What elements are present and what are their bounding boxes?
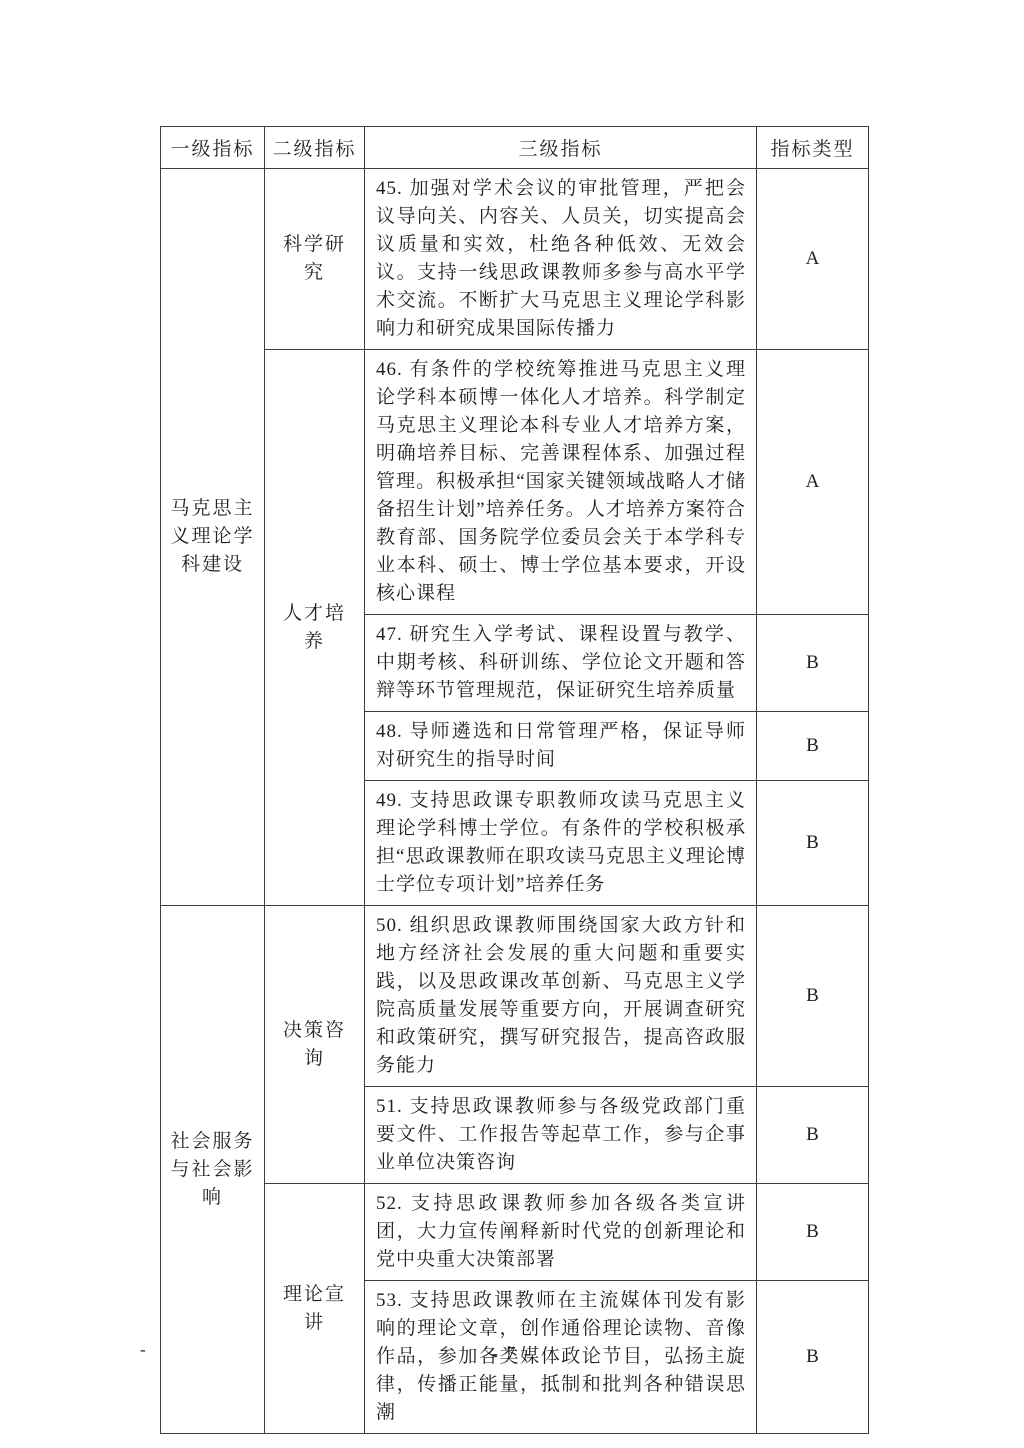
level1-cell-marxism-discipline: 马克思主义理论学科建设 (161, 169, 265, 906)
document-page: 一级指标 二级指标 三级指标 指标类型 马克思主义理论学科建设 科学研究 45.… (0, 0, 1024, 1448)
level3-cell-52: 52. 支持思政课教师参加各级各类宣讲团，大力宣传阐释新时代党的创新理论和党中央… (365, 1184, 757, 1281)
level2-cell-talent-cultivation: 人才培养 (265, 350, 365, 906)
type-cell-49: B (757, 781, 869, 906)
level2-cell-policy-consulting: 决策咨询 (265, 906, 365, 1184)
header-level3: 三级指标 (365, 127, 757, 169)
table-row: 理论宣讲 52. 支持思政课教师参加各级各类宣讲团，大力宣传阐释新时代党的创新理… (161, 1184, 869, 1281)
type-cell-47: B (757, 615, 869, 712)
type-cell-48: B (757, 712, 869, 781)
header-level2: 二级指标 (265, 127, 365, 169)
type-cell-50: B (757, 906, 869, 1087)
level3-cell-51: 51. 支持思政课教师参与各级党政部门重要文件、工作报告等起草工作，参与企事业单… (365, 1087, 757, 1184)
level3-cell-47: 47. 研究生入学考试、课程设置与教学、中期考核、科研训练、学位论文开题和答辩等… (365, 615, 757, 712)
type-cell-45: A (757, 169, 869, 350)
type-cell-51: B (757, 1087, 869, 1184)
type-cell-46: A (757, 350, 869, 615)
table-header-row: 一级指标 二级指标 三级指标 指标类型 (161, 127, 869, 169)
type-cell-52: B (757, 1184, 869, 1281)
level3-cell-48: 48. 导师遴选和日常管理严格，保证导师对研究生的指导时间 (365, 712, 757, 781)
level2-cell-theory-lecturing: 理论宣讲 (265, 1184, 365, 1434)
table-row: 马克思主义理论学科建设 科学研究 45. 加强对学术会议的审批管理，严把会议导向… (161, 169, 869, 350)
header-level1: 一级指标 (161, 127, 265, 169)
indicator-table: 一级指标 二级指标 三级指标 指标类型 马克思主义理论学科建设 科学研究 45.… (160, 126, 869, 1434)
table-row: 人才培养 46. 有条件的学校统筹推进马克思主义理论学科本硕博一体化人才培养。科… (161, 350, 869, 615)
level3-cell-50: 50. 组织思政课教师围绕国家大政方针和地方经济社会发展的重大问题和重要实践，以… (365, 906, 757, 1087)
table-row: 社会服务与社会影响 决策咨询 50. 组织思政课教师围绕国家大政方针和地方经济社… (161, 906, 869, 1087)
level3-cell-49: 49. 支持思政课专职教师攻读马克思主义理论学科博士学位。有条件的学校积极承担“… (365, 781, 757, 906)
page-number: - 7 - (0, 1343, 1024, 1364)
level3-cell-46: 46. 有条件的学校统筹推进马克思主义理论学科本硕博一体化人才培养。科学制定马克… (365, 350, 757, 615)
level2-cell-scientific-research: 科学研究 (265, 169, 365, 350)
header-type: 指标类型 (757, 127, 869, 169)
level3-cell-45: 45. 加强对学术会议的审批管理，严把会议导向关、内容关、人员关，切实提高会议质… (365, 169, 757, 350)
